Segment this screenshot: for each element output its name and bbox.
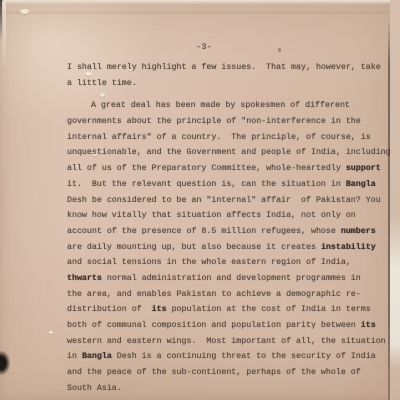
text-line: account of the presence of 8.5 million r… bbox=[67, 224, 393, 240]
document-text: I shall merely highlight a few issues. T… bbox=[67, 60, 393, 396]
text-line: distribution of its population at the co… bbox=[67, 302, 393, 318]
text-line: western and eastern wings. Most importan… bbox=[67, 334, 393, 350]
text-line: it. But the relevant question is, can th… bbox=[67, 177, 393, 193]
text-line: in Bangla Desh is a continuing threat to… bbox=[67, 349, 393, 365]
text-line: both of communal composition and populat… bbox=[67, 318, 393, 334]
text-line: A great deal has been made by spokesmen … bbox=[67, 98, 393, 114]
paper-top-edge bbox=[0, 0, 400, 5]
text-line: are daily mounting up, but also because … bbox=[67, 240, 393, 256]
paper-crease-line bbox=[0, 11, 400, 14]
paper-speck bbox=[49, 331, 53, 334]
page-number: -3- bbox=[4, 42, 400, 52]
paragraph-1: I shall merely highlight a few issues. T… bbox=[67, 60, 393, 91]
ink-blot bbox=[0, 351, 10, 375]
text-line: and the peace of the sub-continent, perh… bbox=[67, 365, 393, 381]
text-line: governments about the principle of "non-… bbox=[67, 114, 393, 130]
text-line: the area, and enables Pakistan to achiev… bbox=[67, 287, 393, 303]
paragraph-2: A great deal has been made by spokesmen … bbox=[67, 98, 393, 396]
torn-edge-highlight bbox=[2, 0, 6, 70]
text-line: Desh be considered to be an "internal" a… bbox=[67, 193, 393, 209]
adjacent-page-edge bbox=[390, 0, 400, 400]
text-line: I shall merely highlight a few issues. T… bbox=[67, 60, 393, 76]
text-line: internal affairs" of a country. The prin… bbox=[67, 130, 393, 146]
text-line: thwarts normal administration and develo… bbox=[67, 271, 393, 287]
text-line: unquestionable, and the Government and p… bbox=[67, 145, 393, 161]
paper-sheet: -3- I shall merely highlight a few issue… bbox=[0, 0, 400, 400]
text-line: all of us of the Preparatory Committee, … bbox=[67, 161, 393, 177]
text-line: and social tensions in the whole eastern… bbox=[67, 255, 393, 271]
scanned-document: -3- I shall merely highlight a few issue… bbox=[0, 0, 400, 400]
paper-speck bbox=[20, 9, 29, 14]
text-line: know how vitally that situation affects … bbox=[67, 208, 393, 224]
text-line: a little time. bbox=[67, 76, 393, 92]
text-line: South Asia. bbox=[67, 381, 393, 397]
